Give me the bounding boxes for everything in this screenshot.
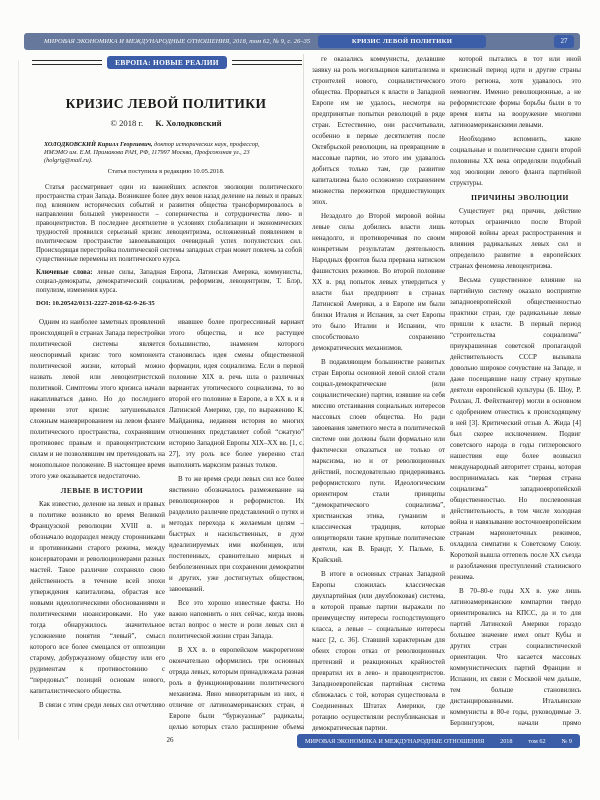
rubric-row: ЕВРОПА: НОВЫЕ РЕАЛИИ — [32, 56, 302, 69]
body-paragraph: Необходимо вспомнить, какие социальные и… — [450, 134, 581, 189]
rubric-label: ЕВРОПА: НОВЫЕ РЕАЛИИ — [107, 56, 227, 69]
right-page-column-2: которой пытались в тот или иной кризисны… — [450, 54, 581, 732]
journal-citation-line: МИРОВАЯ ЭКОНОМИКА И МЕЖДУНАРОДНЫЕ ОТНОШЕ… — [44, 38, 310, 45]
keywords-label: Ключевые слова: — [36, 269, 93, 276]
journal-spread-page: МИРОВАЯ ЭКОНОМИКА И МЕЖДУНАРОДНЫЕ ОТНОШЕ… — [0, 0, 600, 800]
right-page-column-1: ге оказались коммунисты, делавшие заявку… — [312, 54, 445, 732]
received-date-line: Статья поступила в редакцию 10.05.2018. — [28, 168, 304, 175]
body-paragraph: В связи с этим среди левых сил отчетливо… — [30, 700, 165, 713]
rubric-rule-right — [232, 60, 302, 65]
body-paragraph: В XX в. в европейском макрорегионе оконч… — [169, 645, 304, 731]
body-paragraph: В подавляющем большинстве развитых стран… — [312, 357, 445, 566]
body-paragraph: которой пытались в тот или иной кризисны… — [450, 54, 581, 131]
footer-journal-name: МИРОВАЯ ЭКОНОМИКА И МЕЖДУНАРОДНЫЕ ОТНОШЕ… — [305, 738, 484, 745]
footer-volume: том 62 — [528, 738, 545, 745]
footer-issue: № 9 — [561, 738, 572, 745]
section-heading-levye-v-istorii: ЛЕВЫЕ В ИСТОРИИ — [30, 485, 165, 496]
top-header-bar: МИРОВАЯ ЭКОНОМИКА И МЕЖДУНАРОДНЫЕ ОТНОШЕ… — [24, 33, 580, 50]
body-paragraph: ге оказались коммунисты, делавшие заявку… — [312, 54, 445, 208]
body-paragraph: Существует ряд причин, действие которых … — [450, 206, 581, 272]
left-page-column-1: Одним из наиболее заметных проявлений пр… — [30, 317, 165, 713]
scan-edge-line — [18, 60, 19, 740]
author-name: К. Холодковский — [155, 118, 221, 128]
footer-journal-bar: МИРОВАЯ ЭКОНОМИКА И МЕЖДУНАРОДНЫЕ ОТНОШЕ… — [297, 734, 580, 748]
author-surname: ХОЛОДКОВСКИЙ Кирилл Георгиевич, — [44, 141, 152, 148]
body-paragraph: Все это хорошо известные факты. Но важно… — [169, 598, 304, 642]
body-paragraph: Как известно, деление на левых и правых … — [30, 499, 165, 697]
rubric-rule-left — [32, 60, 102, 65]
abstract-text: Статья рассматривает один из важнейших а… — [36, 183, 302, 264]
page-number-right: 27 — [554, 35, 574, 48]
body-paragraph: Одним из наиболее заметных проявлений пр… — [30, 317, 165, 482]
author-affiliation: ХОЛОДКОВСКИЙ Кирилл Георгиевич, доктор и… — [44, 141, 296, 166]
body-paragraph: ивавшее более прогрессивный вариант этог… — [169, 317, 304, 471]
copyright-year: © 2018 г. — [110, 118, 143, 128]
running-title-right: КРИЗИС ЛЕВОЙ ПОЛИТИКИ — [318, 35, 486, 48]
section-heading-prichiny-evolyucii: ПРИЧИНЫ ЭВОЛЮЦИИ — [450, 192, 581, 203]
body-paragraph: В то же время среди левых сил все более … — [169, 474, 304, 595]
author-institute: ИМЭМО им. Е.М. Примакова РАН, РФ, 117997… — [44, 149, 250, 164]
body-paragraph: В итоге в основных странах Западной Евро… — [312, 569, 445, 732]
footer-year: 2018 — [500, 738, 512, 745]
body-paragraph: Весьма существенное влияние на партийную… — [450, 275, 581, 583]
body-paragraph: Незадолго до Второй мировой войны левые … — [312, 211, 445, 354]
body-paragraph: В 70–80-е годы XX в. уже лишь латиноамер… — [450, 586, 581, 732]
article-title: КРИЗИС ЛЕВОЙ ПОЛИТИКИ — [28, 96, 304, 112]
left-page-column-2: ивавшее более прогрессивный вариант этог… — [169, 317, 304, 731]
page-number-left: 26 — [160, 736, 180, 744]
author-degrees: доктор исторических наук, профессор, — [152, 141, 259, 148]
article-byline: © 2018 г. К. Холодковский — [28, 118, 304, 128]
keywords-block: Ключевые слова: левые силы, Западная Евр… — [36, 268, 302, 295]
doi-line: DOI: 10.20542/0131-2227-2018-62-9-26-35 — [36, 300, 302, 307]
